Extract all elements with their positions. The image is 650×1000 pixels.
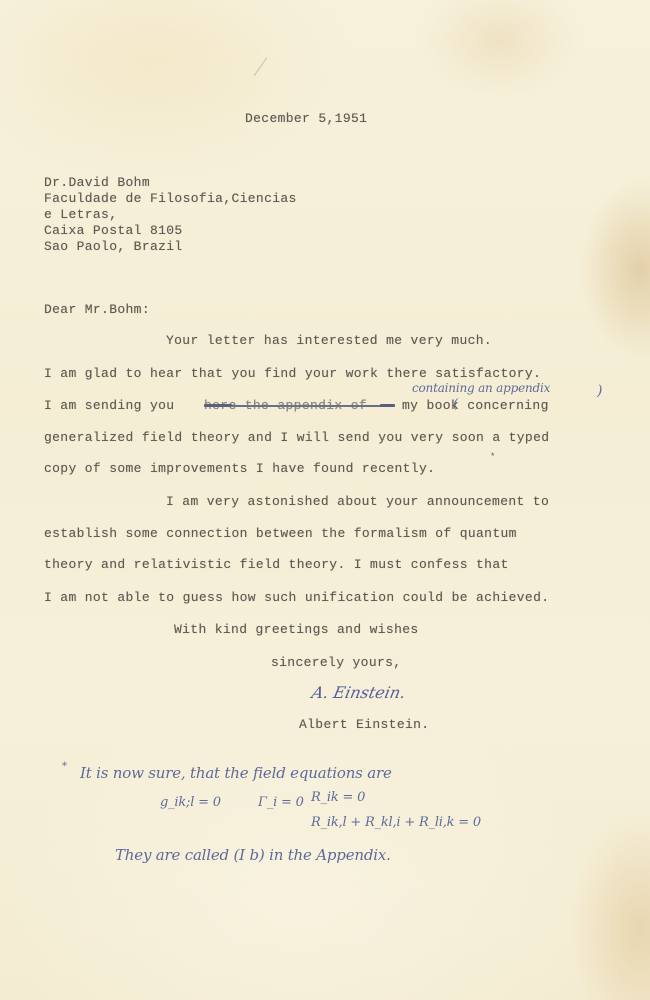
body-line: I am very astonished about your announce… bbox=[166, 494, 549, 509]
body-line: I am not able to guess how such unificat… bbox=[44, 590, 549, 605]
equation-gamma: Γ_i = 0 bbox=[258, 795, 304, 810]
insertion-caret: ( bbox=[453, 397, 458, 412]
letter-date: December 5,1951 bbox=[245, 111, 367, 126]
typed-signature-name: Albert Einstein. bbox=[299, 717, 429, 732]
recipient-line-5: Sao Paolo, Brazil bbox=[44, 239, 183, 254]
equation-cyclic: R_ik,l + R_kl,i + R_li,k = 0 bbox=[311, 815, 481, 830]
body-line: establish some connection between the fo… bbox=[44, 526, 517, 541]
body-line: I am glad to hear that you find your wor… bbox=[44, 366, 541, 381]
salutation: Dear Mr.Bohm: bbox=[44, 302, 150, 317]
body-line: generalized field theory and I will send… bbox=[44, 430, 549, 445]
equation-ricci: R_ik = 0 bbox=[311, 790, 365, 805]
faint-letterhead-bleedthrough bbox=[180, 22, 380, 97]
recipient-line-1: Dr.David Bohm bbox=[44, 175, 150, 190]
body-line-start: I am sending you bbox=[44, 398, 174, 413]
equation-metric: g_ik;l = 0 bbox=[160, 795, 221, 810]
handwritten-signature: A. Einstein. bbox=[310, 683, 407, 702]
strikethrough-heavy bbox=[380, 404, 395, 407]
closing-greeting: With kind greetings and wishes bbox=[174, 622, 419, 637]
body-line-end: my book concerning bbox=[402, 398, 549, 413]
body-line: Your letter has interested me very much. bbox=[166, 333, 492, 348]
insertion-bracket: ) bbox=[597, 383, 602, 399]
handwritten-insertion: containing an appendix bbox=[412, 381, 550, 395]
body-line: theory and relativistic field theory. I … bbox=[44, 557, 509, 572]
footnote-line-3: They are called (I b) in the Appendix. bbox=[115, 846, 391, 864]
recipient-line-2: Faculdade de Filosofia,Ciencias bbox=[44, 191, 297, 206]
footnote-line-1: It is now sure, that the field equations… bbox=[80, 764, 392, 782]
body-line: copy of some improvements I have found r… bbox=[44, 461, 435, 476]
recipient-line-4: Caixa Postal 8105 bbox=[44, 223, 183, 238]
strikethrough-heavy bbox=[204, 404, 232, 407]
strikethrough-line bbox=[232, 405, 392, 407]
recipient-line-3: e Letras, bbox=[44, 207, 117, 222]
valediction: sincerely yours, bbox=[271, 655, 401, 670]
footnote-mark: * bbox=[62, 761, 67, 772]
footnote-asterisk: * bbox=[490, 452, 495, 462]
